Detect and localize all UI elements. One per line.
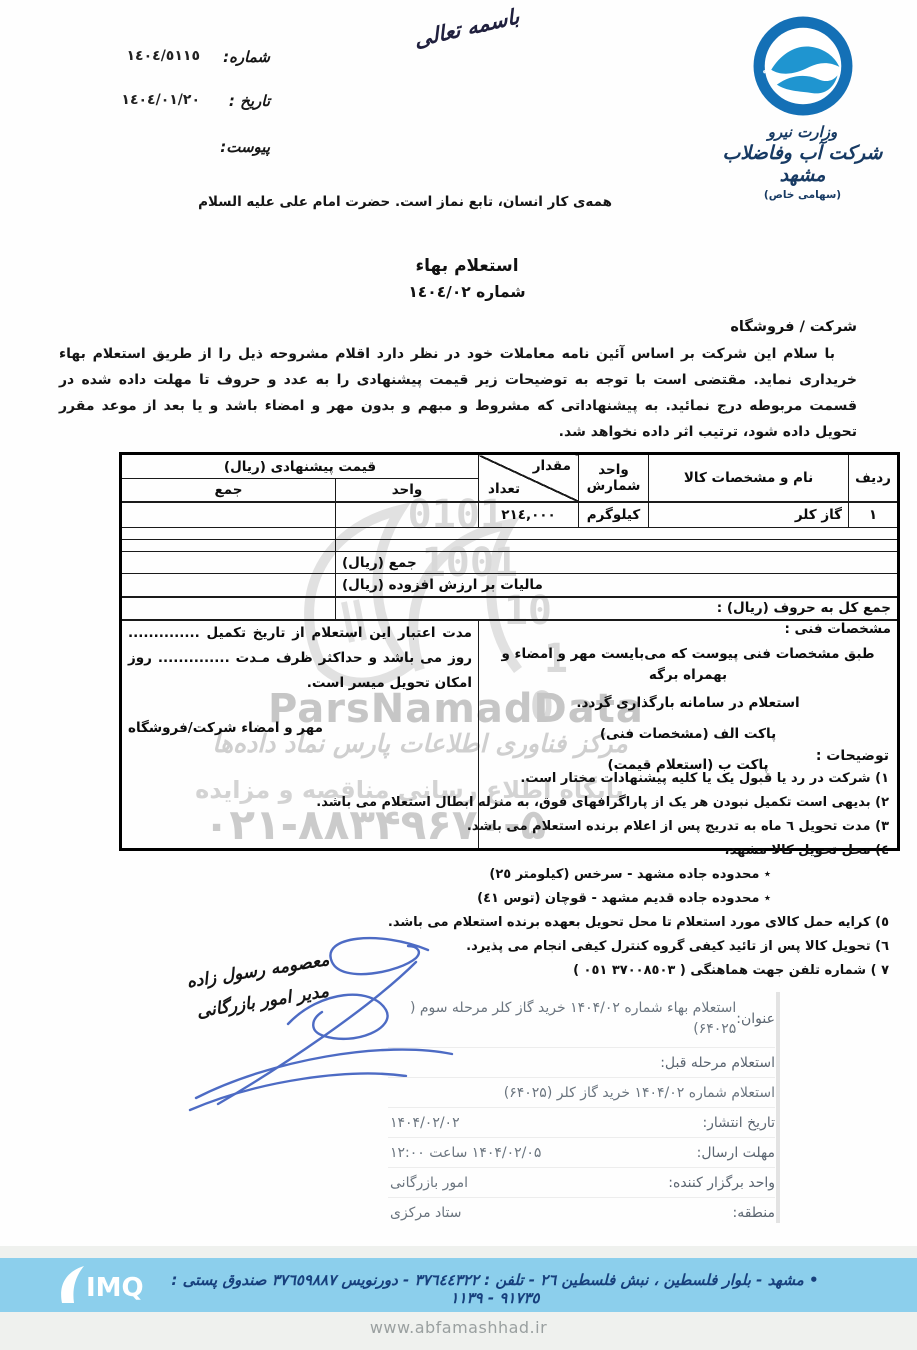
note-item-4-bullet-2: ٭ محدوده جاده قدیم مشهد - قوچان (توس ٤١)	[27, 891, 889, 906]
imq-logo-text: IMQ	[86, 1273, 144, 1303]
ref-number-label: شماره:	[218, 48, 270, 66]
form-deadline-value: ۱۴۰۴/۰۲/۰۵ ساعت ۱۲:۰۰	[390, 1145, 541, 1161]
footer-website: www.abfamashhad.ir	[0, 1318, 917, 1337]
form-divider-line	[776, 992, 780, 1223]
header-total-price: جمع	[121, 479, 336, 502]
form-organizer-unit-label: واحد برگزار کننده:	[668, 1175, 775, 1191]
form-region-value: ستاد مرکزی	[390, 1205, 461, 1221]
water-company-emblem-icon: و هر چیز زنده‌ای را از آب قرار دادیم	[747, 10, 859, 122]
note-item-1: ١) شرکت در رد یا قبول یک یا کلیه پیشنهاد…	[27, 771, 889, 786]
cell-total-price	[121, 502, 336, 528]
addressee-line: شرکت / فروشگاه	[730, 319, 857, 335]
cell-row-no: ١	[849, 502, 899, 528]
ref-number-row: شماره: ١٤٠٤/٥١١٥	[55, 48, 270, 66]
sum-value-cell	[121, 552, 336, 574]
header-item: نام و مشخصات کالا	[649, 454, 849, 502]
scanned-price-inquiry-document: 0101 1001 10 1 0 ParsNamadData مرکز فناو…	[0, 0, 917, 1350]
form-row-previous-stage-value: استعلام شماره ۱۴۰۴/۰۲ خرید گاز کلر (۶۴۰۲…	[388, 1078, 775, 1108]
document-title-block: استعلام بهاء شماره ١٤٠٤/٠٢	[0, 256, 917, 301]
form-publish-date-value: ۱۴۰۴/۰۲/۰۲	[390, 1115, 460, 1131]
form-row-organizer-unit: واحد برگزار کننده: امور بازرگانی	[388, 1168, 775, 1198]
cell-unit-price	[336, 502, 479, 528]
form-row-title: عنوان: استعلام بهاء شماره ۱۴۰۴/۰۲ خرید گ…	[388, 990, 775, 1048]
company-name: شرکت آب وفاضلاب مشهد	[700, 142, 905, 186]
header-count-unit: واحد شمارش	[579, 454, 649, 502]
ref-date-label: تاریخ :	[218, 92, 270, 110]
ref-attachment-label: پیوست:	[218, 138, 270, 156]
cell-count-unit: کیلوگرم	[579, 502, 649, 528]
form-deadline-label: مهلت ارسال:	[697, 1145, 775, 1161]
form-previous-stage-value: استعلام شماره ۱۴۰۴/۰۲ خرید گاز کلر (۶۴۰۲…	[390, 1085, 775, 1101]
form-row-previous-stage: استعلام مرحله قبل:	[388, 1048, 775, 1078]
table-grand-total-row: جمع کل به حروف (ریال) :	[121, 597, 899, 620]
grand-total-label: جمع کل به حروف (ریال) :	[336, 597, 899, 620]
form-previous-stage-label: استعلام مرحله قبل:	[660, 1055, 775, 1071]
table-empty-row	[121, 540, 899, 552]
table-empty-row	[121, 528, 899, 540]
motto-line: همه‌ی کار انسان، تابع نماز است. حضرت اما…	[150, 194, 612, 210]
header-qty-amount: مقدار	[533, 458, 571, 474]
form-row-deadline: مهلت ارسال: ۱۴۰۴/۰۲/۰۵ ساعت ۱۲:۰۰	[388, 1138, 775, 1168]
form-organizer-unit-value: امور بازرگانی	[390, 1175, 468, 1191]
specs-envelope-a: پاکت الف (مشخصات فنی)	[485, 724, 891, 745]
notes-heading: توضیحات :	[27, 748, 889, 764]
intro-paragraph: با سلام این شرکت بر اساس آئین نامه معامل…	[59, 341, 857, 445]
ref-date-row: تاریخ : ١٤٠٤/٠١/٢٠	[55, 92, 270, 110]
ref-date-value: ١٤٠٤/٠١/٢٠	[121, 92, 200, 108]
note-item-4-bullet-1: ٭ محدوده جاده مشهد - سرخس (کیلومتر ٢٥)	[27, 867, 889, 882]
cell-item-name: گاز کلر	[649, 502, 849, 528]
note-item-4: ٤) محل تحویل کالا مشهد،	[27, 843, 889, 858]
form-row-publish-date: تاریخ انتشار: ۱۴۰۴/۰۲/۰۲	[388, 1108, 775, 1138]
table-row: ١ گاز کلر کیلوگرم ٢١٤,٠٠٠	[121, 502, 899, 528]
grand-total-value-cell	[121, 597, 336, 620]
besmellah-calligraphy: باسمه تعالی	[392, 0, 541, 57]
ref-number-value: ١٤٠٤/٥١١٥	[127, 48, 200, 64]
ref-attachment-row: پیوست:	[55, 138, 270, 156]
imq-leaf-icon	[61, 1266, 84, 1303]
form-publish-date-label: تاریخ انتشار:	[702, 1115, 775, 1131]
imq-logo: IMQ	[50, 1263, 154, 1307]
company-logo-block: و هر چیز زنده‌ای را از آب قرار دادیم وزا…	[700, 10, 905, 201]
tender-info-form: عنوان: استعلام بهاء شماره ۱۴۰۴/۰۲ خرید گ…	[388, 990, 775, 1227]
note-item-2: ٢) بدیهی است تکمیل نبودن هر یک از پاراگر…	[27, 795, 889, 810]
document-title-number: شماره ١٤٠٤/٠٢	[0, 283, 917, 301]
table-header-row-1: ردیف نام و مشخصات کالا واحد شمارش مقدار …	[121, 454, 899, 479]
specs-title: مشخصات فنی :	[485, 621, 891, 637]
footer-address: • مشهد - بلوار فلسطین ، نبش فلسطین ٢٦ - …	[150, 1271, 840, 1307]
form-region-label: منطقه:	[732, 1205, 775, 1221]
table-sum-row: جمع (ریال)	[121, 552, 899, 574]
form-title-label: عنوان:	[736, 1011, 775, 1027]
header-price-group: قیمت پیشنهادی (ریال)	[121, 454, 479, 479]
document-title: استعلام بهاء	[0, 256, 917, 276]
sum-label: جمع (ریال)	[336, 552, 899, 574]
validity-text: مدت اعتبار این استعلام از تاریخ تکمیل ..…	[128, 621, 472, 696]
vat-value-cell	[121, 574, 336, 597]
note-item-3: ٣) مدت تحویل ٦ ماه به تدریج پس از اعلام …	[27, 819, 889, 834]
header-unit-price: واحد	[336, 479, 479, 502]
specs-line-1: طبق مشخصات فنی پیوست که می‌بایست مهر و ا…	[485, 644, 891, 686]
cell-quantity: ٢١٤,٠٠٠	[479, 502, 579, 528]
header-qty-count: تعداد	[488, 481, 520, 497]
table-vat-row: مالیات بر ارزش افزوده (ریال)	[121, 574, 899, 597]
specs-line-2: استعلام در سامانه بارگذاری گردد.	[485, 693, 891, 714]
form-title-value: استعلام بهاء شماره ۱۴۰۴/۰۲ خرید گاز کلر …	[390, 998, 736, 1040]
form-row-region: منطقه: ستاد مرکزی	[388, 1198, 775, 1227]
ministry-name: وزارت نیرو	[700, 123, 905, 141]
header-qty-diagonal-cell: مقدار تعداد	[479, 454, 579, 502]
header-row-no: ردیف	[849, 454, 899, 502]
company-type: (سهامی خاص)	[700, 189, 905, 201]
seal-signature-line: مهر و امضاء شرکت/فروشگاه	[128, 720, 472, 736]
vat-label: مالیات بر ارزش افزوده (ریال)	[336, 574, 899, 597]
